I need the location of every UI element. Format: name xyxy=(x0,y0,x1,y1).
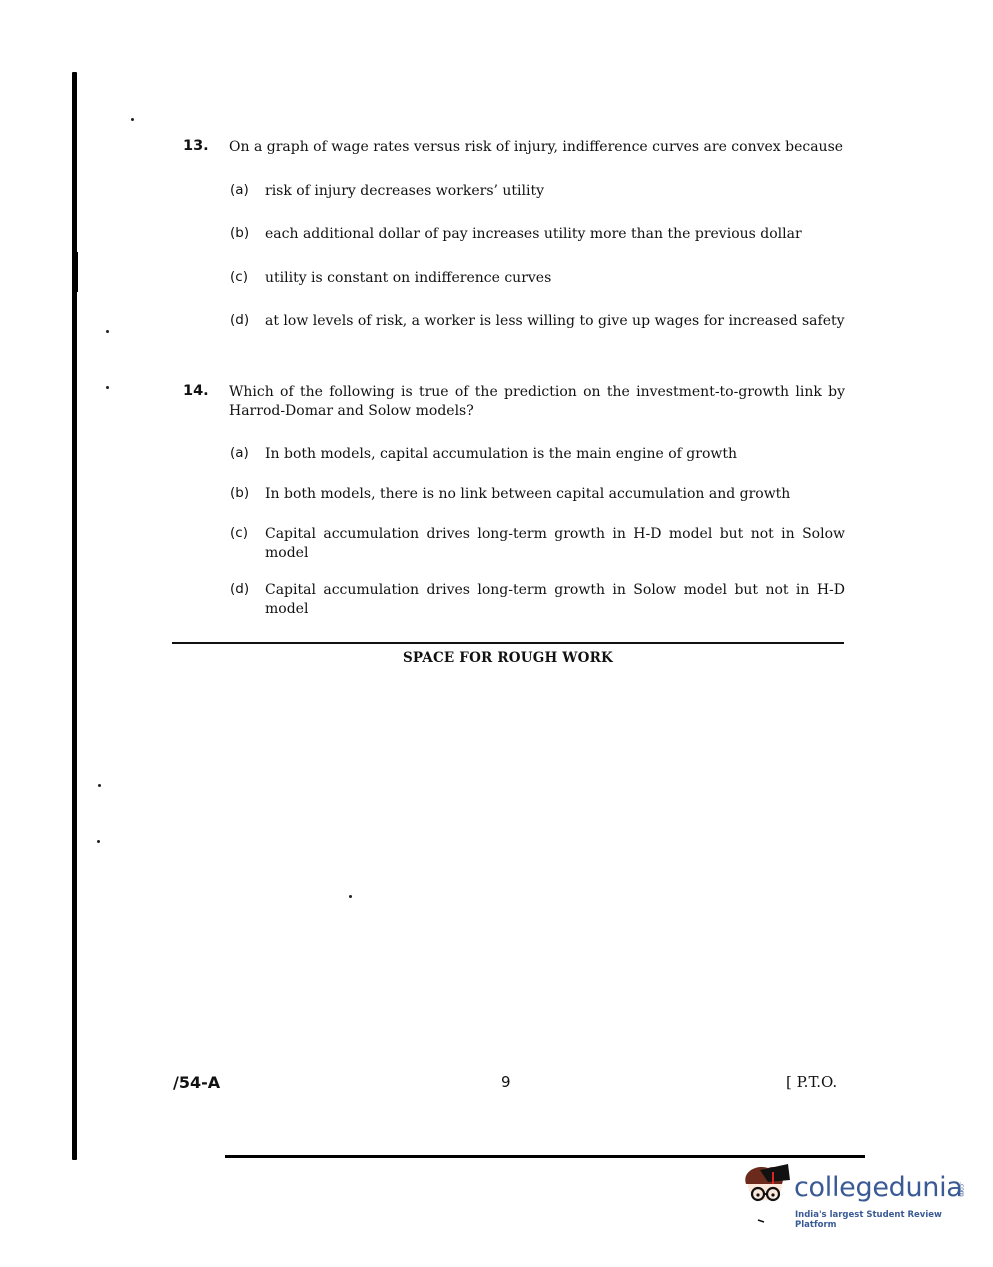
option-text: In both models, there is no link between… xyxy=(265,485,845,504)
scan-edge-border xyxy=(72,72,77,1160)
option-13c: (c) utility is constant on indifference … xyxy=(230,269,845,288)
brand-name: collegedunia xyxy=(794,1172,963,1203)
option-14a: (a) In both models, capital accumulation… xyxy=(230,445,845,464)
option-text: at low levels of risk, a worker is less … xyxy=(265,312,845,331)
page-number: 9 xyxy=(501,1073,511,1091)
option-14c: (c) Capital accumulation drives long-ter… xyxy=(230,525,845,563)
scan-speck xyxy=(131,118,134,121)
paper-code: /54-A xyxy=(173,1073,220,1092)
student-mascot-icon xyxy=(738,1162,794,1230)
option-text: risk of injury decreases workers’ utilit… xyxy=(265,182,845,201)
scan-speck xyxy=(349,895,352,898)
collegedunia-watermark: collegedunia .com India's largest Studen… xyxy=(738,1162,968,1232)
pto-label: [ P.T.O. xyxy=(786,1073,837,1091)
option-14b: (b) In both models, there is no link bet… xyxy=(230,485,845,504)
option-label: (a) xyxy=(230,182,265,201)
scan-speck xyxy=(97,840,100,843)
option-label: (d) xyxy=(230,581,265,619)
scan-speck xyxy=(106,386,109,389)
question-13: 13. On a graph of wage rates versus risk… xyxy=(183,138,845,157)
option-text: each additional dollar of pay increases … xyxy=(265,225,845,244)
option-label: (a) xyxy=(230,445,265,464)
question-text: Which of the following is true of the pr… xyxy=(229,383,845,421)
option-14d: (d) Capital accumulation drives long-ter… xyxy=(230,581,845,619)
section-divider xyxy=(172,642,844,644)
option-text: Capital accumulation drives long-term gr… xyxy=(265,525,845,563)
option-label: (c) xyxy=(230,525,265,563)
option-text: In both models, capital accumulation is … xyxy=(265,445,845,464)
brand-tagline: India's largest Student Review Platform xyxy=(795,1210,968,1230)
option-label: (b) xyxy=(230,485,265,504)
option-13b: (b) each additional dollar of pay increa… xyxy=(230,225,845,244)
option-text: Capital accumulation drives long-term gr… xyxy=(265,581,845,619)
option-13a: (a) risk of injury decreases workers’ ut… xyxy=(230,182,845,201)
rough-work-heading: SPACE FOR ROUGH WORK xyxy=(172,650,844,666)
question-text: On a graph of wage rates versus risk of … xyxy=(229,138,845,157)
option-label: (b) xyxy=(230,225,265,244)
option-label: (c) xyxy=(230,269,265,288)
option-label: (d) xyxy=(230,312,265,331)
question-number: 14. xyxy=(183,383,229,421)
option-text: utility is constant on indifference curv… xyxy=(265,269,845,288)
option-13d: (d) at low levels of risk, a worker is l… xyxy=(230,312,845,331)
scan-speck xyxy=(106,330,109,333)
footer-divider xyxy=(225,1155,865,1158)
brand-domain-suffix: .com xyxy=(958,1182,965,1197)
question-14: 14. Which of the following is true of th… xyxy=(183,383,845,421)
question-number: 13. xyxy=(183,138,229,157)
scan-speck xyxy=(98,784,101,787)
